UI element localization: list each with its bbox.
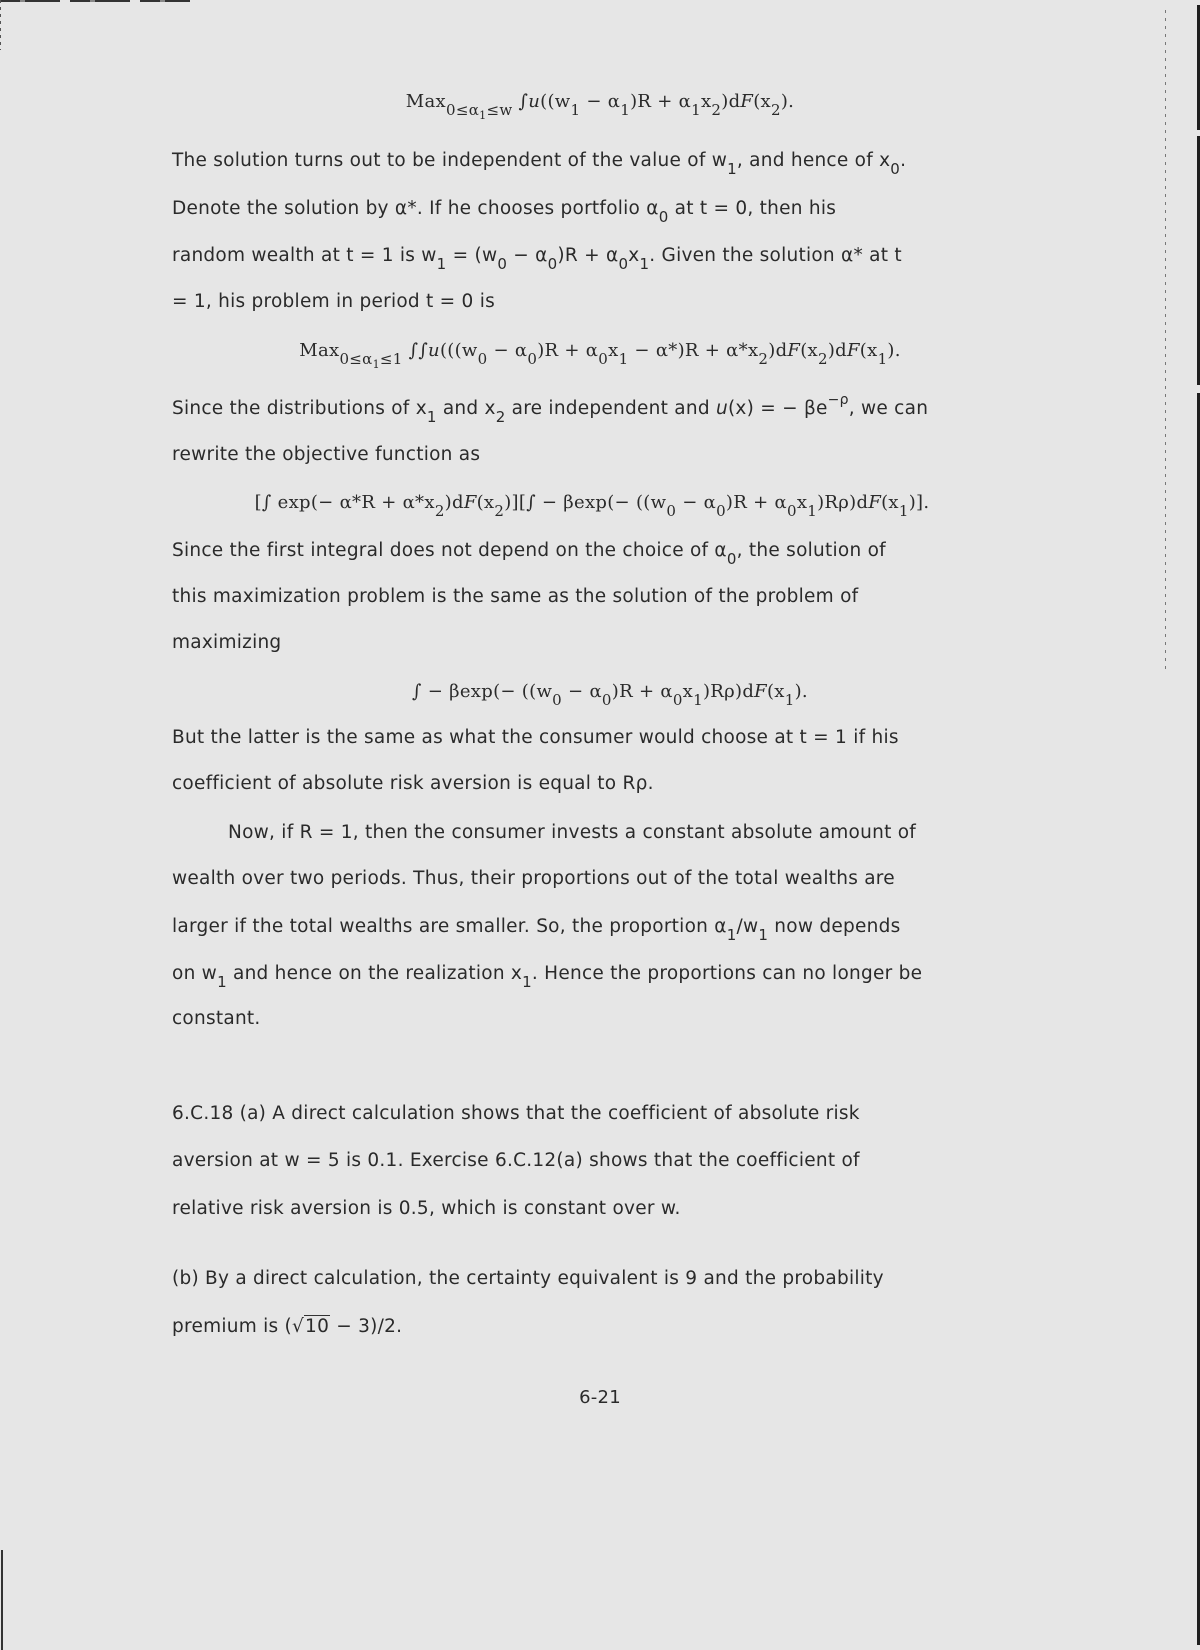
text-line: on w1 and hence on the realization x1. H… bbox=[172, 962, 922, 986]
text-line: Since the distributions of x1 and x2 are… bbox=[172, 397, 928, 421]
text-line: maximizing bbox=[172, 631, 281, 655]
text-line: = 1, his problem in period t = 0 is bbox=[172, 290, 495, 314]
scan-edge-left-bottom bbox=[1, 1550, 3, 1650]
equation-3: [∫ exp(− α*R + α*x2)dF(x2)][∫ − βexp(− (… bbox=[0, 491, 1192, 515]
text-line: larger if the total wealths are smaller.… bbox=[172, 915, 900, 939]
scan-edge-top bbox=[0, 0, 190, 2]
equation-4: ∫ − βexp(− ((w0 − α0)R + α0x1)Rρ)dF(x1). bbox=[10, 680, 1200, 704]
text-line: constant. bbox=[172, 1007, 261, 1031]
text-line: But the latter is the same as what the c… bbox=[172, 726, 899, 750]
text-line: random wealth at t = 1 is w1 = (w0 − α0)… bbox=[172, 244, 902, 268]
text-line: relative risk aversion is 0.5, which is … bbox=[172, 1197, 681, 1221]
text-line: rewrite the objective function as bbox=[172, 443, 480, 467]
text-line: (b) By a direct calculation, the certain… bbox=[172, 1267, 884, 1291]
equation-2: Max0≤α1≤1 ∫∫u(((w0 − α0)R + α0x1 − α*)R … bbox=[0, 339, 1200, 365]
text-line: aversion at w = 5 is 0.1. Exercise 6.C.1… bbox=[172, 1149, 860, 1173]
equation-1: Max0≤α1≤w ∫u((w1 − α1)R + α1x2)dF(x2). bbox=[0, 90, 1200, 116]
text-line: Denote the solution by α*. If he chooses… bbox=[172, 197, 836, 221]
document-page: Max0≤α1≤w ∫u((w1 − α1)R + α1x2)dF(x2). T… bbox=[0, 0, 1200, 1650]
text-line: wealth over two periods. Thus, their pro… bbox=[172, 867, 895, 891]
text-line: Since the first integral does not depend… bbox=[172, 539, 886, 563]
scan-edge-left-top bbox=[0, 0, 1, 50]
text-line: premium is (√10 − 3)/2. bbox=[172, 1315, 402, 1339]
text-line: Now, if R = 1, then the consumer invests… bbox=[228, 821, 916, 845]
exercise-6c18-line: 6.C.18 (a) A direct calculation shows th… bbox=[172, 1102, 860, 1126]
text-line: coefficient of absolute risk aversion is… bbox=[172, 772, 654, 796]
page-number: 6-21 bbox=[0, 1386, 1200, 1410]
text-line: The solution turns out to be independent… bbox=[172, 149, 906, 173]
text-line: this maximization problem is the same as… bbox=[172, 585, 858, 609]
